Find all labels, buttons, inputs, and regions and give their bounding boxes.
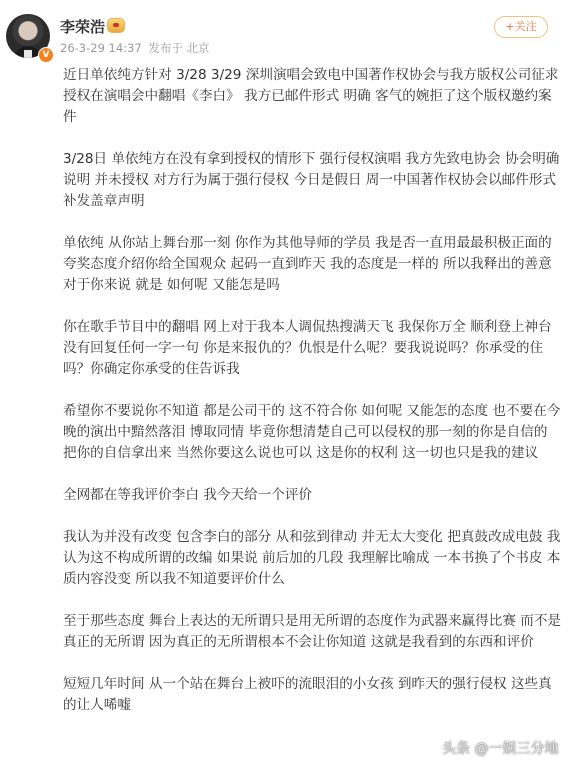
follow-button[interactable]: +关注 xyxy=(494,16,548,38)
avatar-collar xyxy=(24,50,32,58)
verified-badge-icon: V xyxy=(38,47,54,63)
paragraph: 短短几年时间 从一个站在舞台上被吓的流眼泪的小女孩 到昨天的强行侵权 这些真的让… xyxy=(63,674,563,716)
post-datetime[interactable]: 26-3-29 14:37 xyxy=(60,41,142,55)
paragraph: 至于那些态度 舞台上表达的无所谓只是用无所谓的态度作为武器来赢得比赛 而不是真正… xyxy=(63,611,563,653)
watermark: 头条 @一娱三分地 xyxy=(442,738,558,758)
paragraph: 近日单依纯方针对 3/28 3/29 深圳演唱会致电中国著作权协会与我方版权公司… xyxy=(63,65,563,128)
username[interactable]: 李荣浩 xyxy=(60,16,105,37)
vip-crown-icon xyxy=(107,18,125,33)
post-content: 近日单依纯方针对 3/28 3/29 深圳演唱会致电中国著作权协会与我方版权公司… xyxy=(63,65,563,737)
post-meta: 26-3-29 14:37 发布于 北京 xyxy=(60,40,213,56)
paragraph: 希望你不要说你不知道 都是公司干的 这不符合你 如何呢 又能怎的态度 也不要在今… xyxy=(63,401,563,464)
weibo-post: V 李荣浩 26-3-29 14:37 发布于 北京 +关注 近日单依纯方针对 … xyxy=(0,0,568,763)
paragraph: 全网都在等我评价李白 我今天给一个评价 xyxy=(63,485,563,506)
post-location: 发布于 北京 xyxy=(148,41,209,55)
paragraph: 单依纯 从你站上舞台那一刻 你作为其他导师的学员 我是否一直用最最积极正面的夸奖… xyxy=(63,233,563,296)
paragraph: 我认为并没有改变 包含李白的部分 从和弦到律动 并无太大变化 把真鼓改成电鼓 我… xyxy=(63,527,563,590)
paragraph: 你在歌手节目中的翻唱 网上对于我本人调侃热搜满天飞 我保你万全 顺利登上神台没有… xyxy=(63,317,563,380)
paragraph: 3/28日 单依纯方在没有拿到授权的情形下 强行侵权演唱 我方先致电协会 协会明… xyxy=(63,149,563,212)
